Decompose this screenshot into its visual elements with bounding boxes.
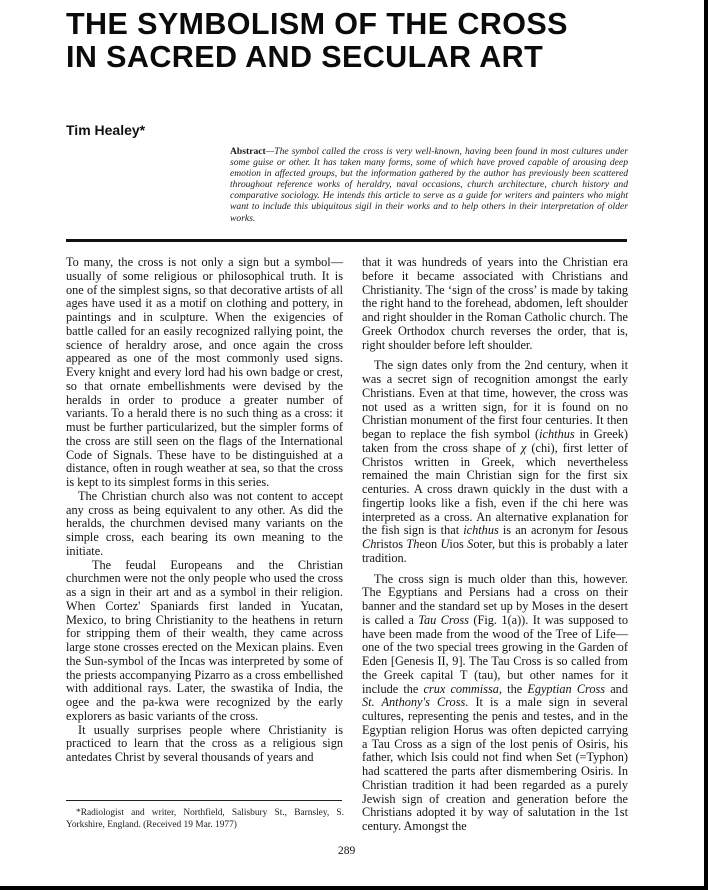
text-run: , the	[499, 682, 527, 696]
paragraph: The cross sign is much older than this, …	[362, 573, 628, 834]
paragraph: To many, the cross is not only a sign bu…	[66, 256, 343, 490]
header-divider	[66, 239, 627, 242]
paragraph: It usually surprises people where Christ…	[66, 724, 343, 765]
paragraph: The feudal Europeans and the Christian c…	[66, 559, 343, 724]
text-run: esous	[601, 523, 628, 537]
footnote-rule	[66, 800, 342, 801]
paragraph: The Christian church also was not conten…	[66, 490, 343, 559]
acronym-letter: Th	[406, 537, 419, 551]
italic-term: Tau Cross	[418, 613, 469, 627]
text-run: and	[605, 682, 628, 696]
abstract-label: Abstract	[230, 146, 266, 157]
abstract-text: —The symbol called the cross is very wel…	[230, 146, 628, 224]
author-name: Tim Healey*	[66, 122, 145, 138]
text-run: ristos	[376, 537, 406, 551]
paragraph: that it was hundreds of years into the C…	[362, 256, 628, 352]
right-column: that it was hundreds of years into the C…	[362, 256, 628, 834]
italic-term: Egyptian Cross	[527, 682, 605, 696]
page-edge-right	[704, 0, 708, 890]
page-edge-bottom	[0, 886, 708, 890]
title-line-1: THE SYMBOLISM OF THE CROSS	[66, 8, 666, 41]
italic-term: ichthus	[463, 523, 499, 537]
acronym-letter: Ch	[362, 537, 376, 551]
italic-term: St. Anthony's Cross	[362, 695, 465, 709]
text-run: eon	[419, 537, 440, 551]
text-run: . It is a male sign in several cultures,…	[362, 695, 628, 833]
title-line-2: IN SACRED AND SECULAR ART	[66, 41, 666, 74]
text-run: is an acronym for	[499, 523, 597, 537]
left-column: To many, the cross is not only a sign bu…	[66, 256, 343, 765]
article-title: THE SYMBOLISM OF THE CROSS IN SACRED AND…	[66, 8, 666, 74]
page-number: 289	[338, 845, 355, 857]
text-run: ios	[449, 537, 467, 551]
abstract: Abstract—The symbol called the cross is …	[230, 146, 628, 224]
italic-term: crux commissa	[423, 682, 498, 696]
paragraph: The sign dates only from the 2nd century…	[362, 359, 628, 565]
author-footnote: *Radiologist and writer, Northfield, Sal…	[66, 808, 344, 831]
italic-term: ichthus	[539, 427, 575, 441]
